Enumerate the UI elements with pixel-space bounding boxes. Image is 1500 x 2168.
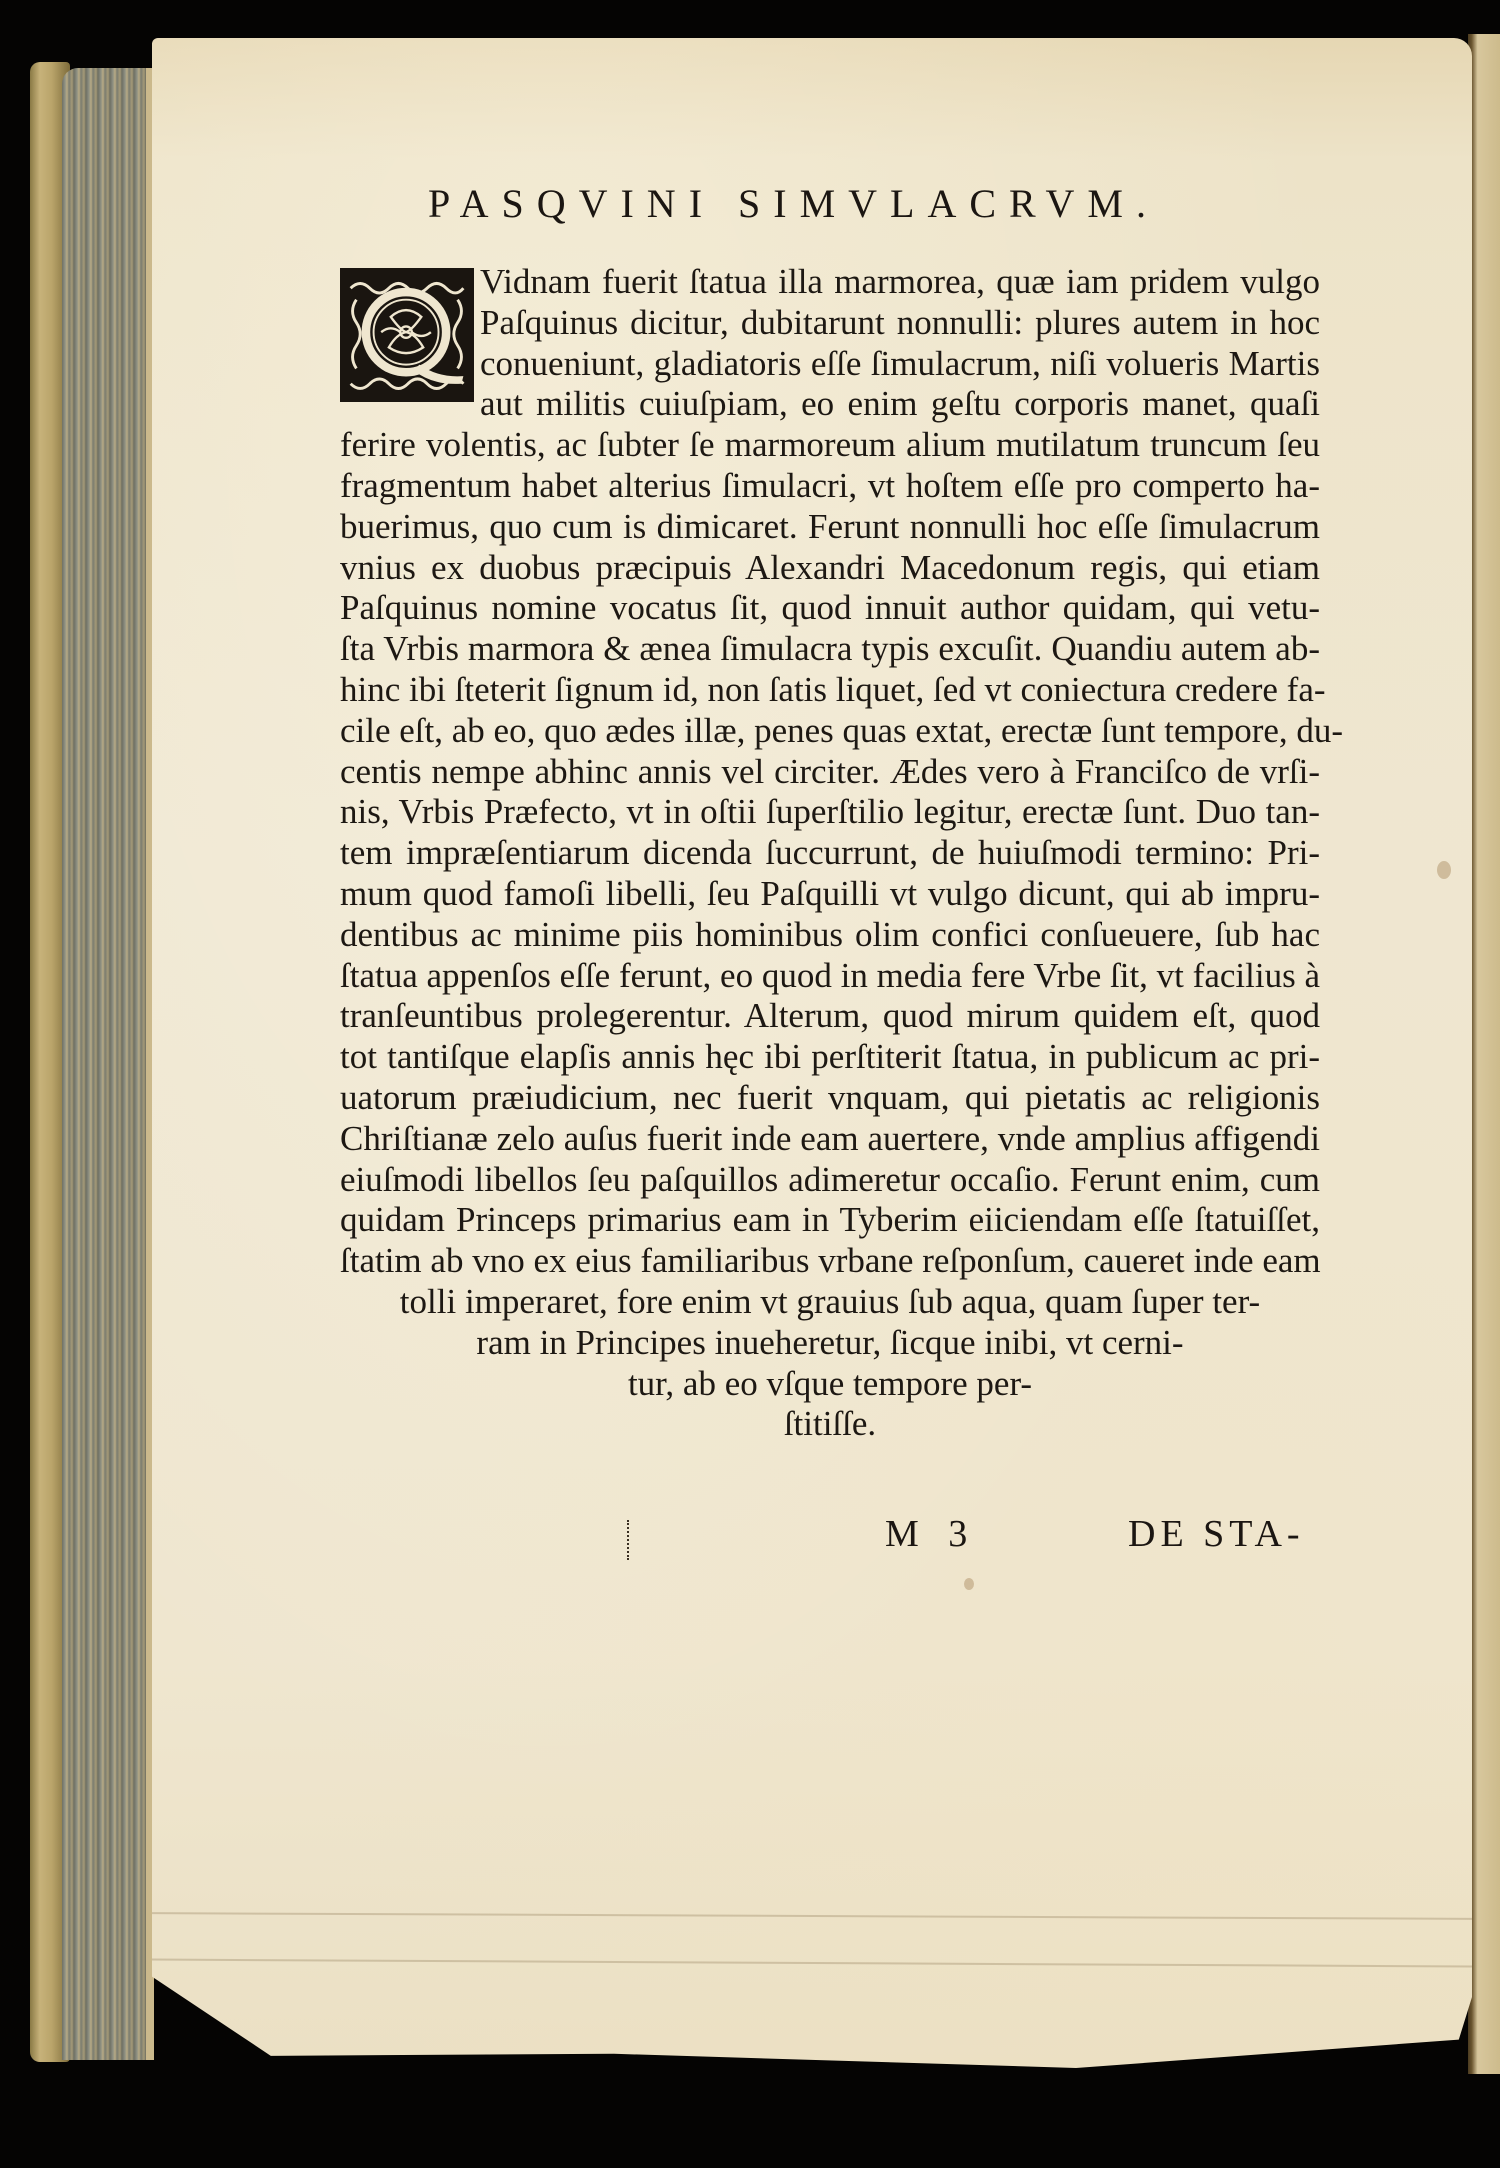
text-line: nis, Vrbis Præfecto, vt in oſtii ſuperſt… xyxy=(340,792,1320,833)
body-text: Vidnam fuerit ſtatua illa marmorea, quæ … xyxy=(340,262,1320,1445)
text-line: ferire volentis, ac ſubter ſe marmoreum … xyxy=(340,425,1320,466)
text-line: ſtatua appenſos eſſe ferunt, eo quod in … xyxy=(340,956,1320,997)
catchword: DE STA- xyxy=(1128,1512,1305,1556)
foxing-stain xyxy=(964,1578,974,1590)
text-line-tapered: ram in Principes inueheretur, ſicque ini… xyxy=(340,1323,1320,1364)
text-line: conueniunt, gladiatoris eſſe ſimulacrum,… xyxy=(480,344,1320,385)
text-line: dentibus ac minime piis hominibus olim c… xyxy=(340,915,1320,956)
page-stack-fore-edge xyxy=(62,68,154,2060)
text-line: tranſeuntibus prolegerentur. Alterum, qu… xyxy=(340,996,1320,1037)
text-line-tapered: tolli imperaret, fore enim vt grauius ſu… xyxy=(340,1282,1320,1323)
text-line-tapered: tur, ab eo vſque tempore per- xyxy=(340,1364,1320,1405)
gutter-next-leaf xyxy=(1468,34,1500,2074)
text-line: ſtatim ab vno ex eius familiaribus vrban… xyxy=(340,1241,1320,1282)
text-line: cile eſt, ab eo, quo ædes illæ, penes qu… xyxy=(340,711,1320,752)
scan-background: PASQVINI SIMVLACRVM. Vidnam fuerit ſta xyxy=(0,0,1500,2168)
signature-mark: M 3 xyxy=(885,1512,977,1556)
text-line: Paſquinus nomine vocatus ſit, quod innui… xyxy=(340,588,1320,629)
text-line: quidam Princeps primarius eam in Tyberim… xyxy=(340,1200,1320,1241)
text-line: centis nempe abhinc annis vel circiter. … xyxy=(340,752,1320,793)
text-line: ſta Vrbis marmora & ænea ſimulacra typis… xyxy=(340,629,1320,670)
text-line: tot tantiſque elapſis annis hęc ibi perſ… xyxy=(340,1037,1320,1078)
text-line: Paſquinus dicitur, dubitarunt nonnulli: … xyxy=(480,303,1320,344)
text-line: vnius ex duobus præcipuis Alexandri Mace… xyxy=(340,548,1320,589)
text-line: mum quod famoſi libelli, ſeu Paſquilli v… xyxy=(340,874,1320,915)
foxing-stain xyxy=(1437,861,1451,879)
text-line: uatorum præiudicium, nec fuerit vnquam, … xyxy=(340,1078,1320,1119)
text-line: buerimus, quo cum is dimicaret. Ferunt n… xyxy=(340,507,1320,548)
text-line: hinc ibi ſteterit ſignum id, non ſatis l… xyxy=(340,670,1320,711)
text-line-tapered: ſtitiſſe. xyxy=(340,1404,1320,1445)
text-line: fragmentum habet alterius ſimulacri, vt … xyxy=(340,466,1320,507)
text-line: eiuſmodi libellos ſeu paſquillos adimere… xyxy=(340,1160,1320,1201)
running-head: PASQVINI SIMVLACRVM. xyxy=(428,180,1228,227)
text-line: Chriſtianæ zelo auſus fuerit inde eam au… xyxy=(340,1119,1320,1160)
printer-mark xyxy=(627,1520,633,1560)
text-line: aut militis cuiuſpiam, eo enim geſtu cor… xyxy=(480,384,1320,425)
text-line: tem impræſentiarum dicenda ſuccurrunt, d… xyxy=(340,833,1320,874)
text-line: Vidnam fuerit ſtatua illa marmorea, quæ … xyxy=(480,262,1320,303)
